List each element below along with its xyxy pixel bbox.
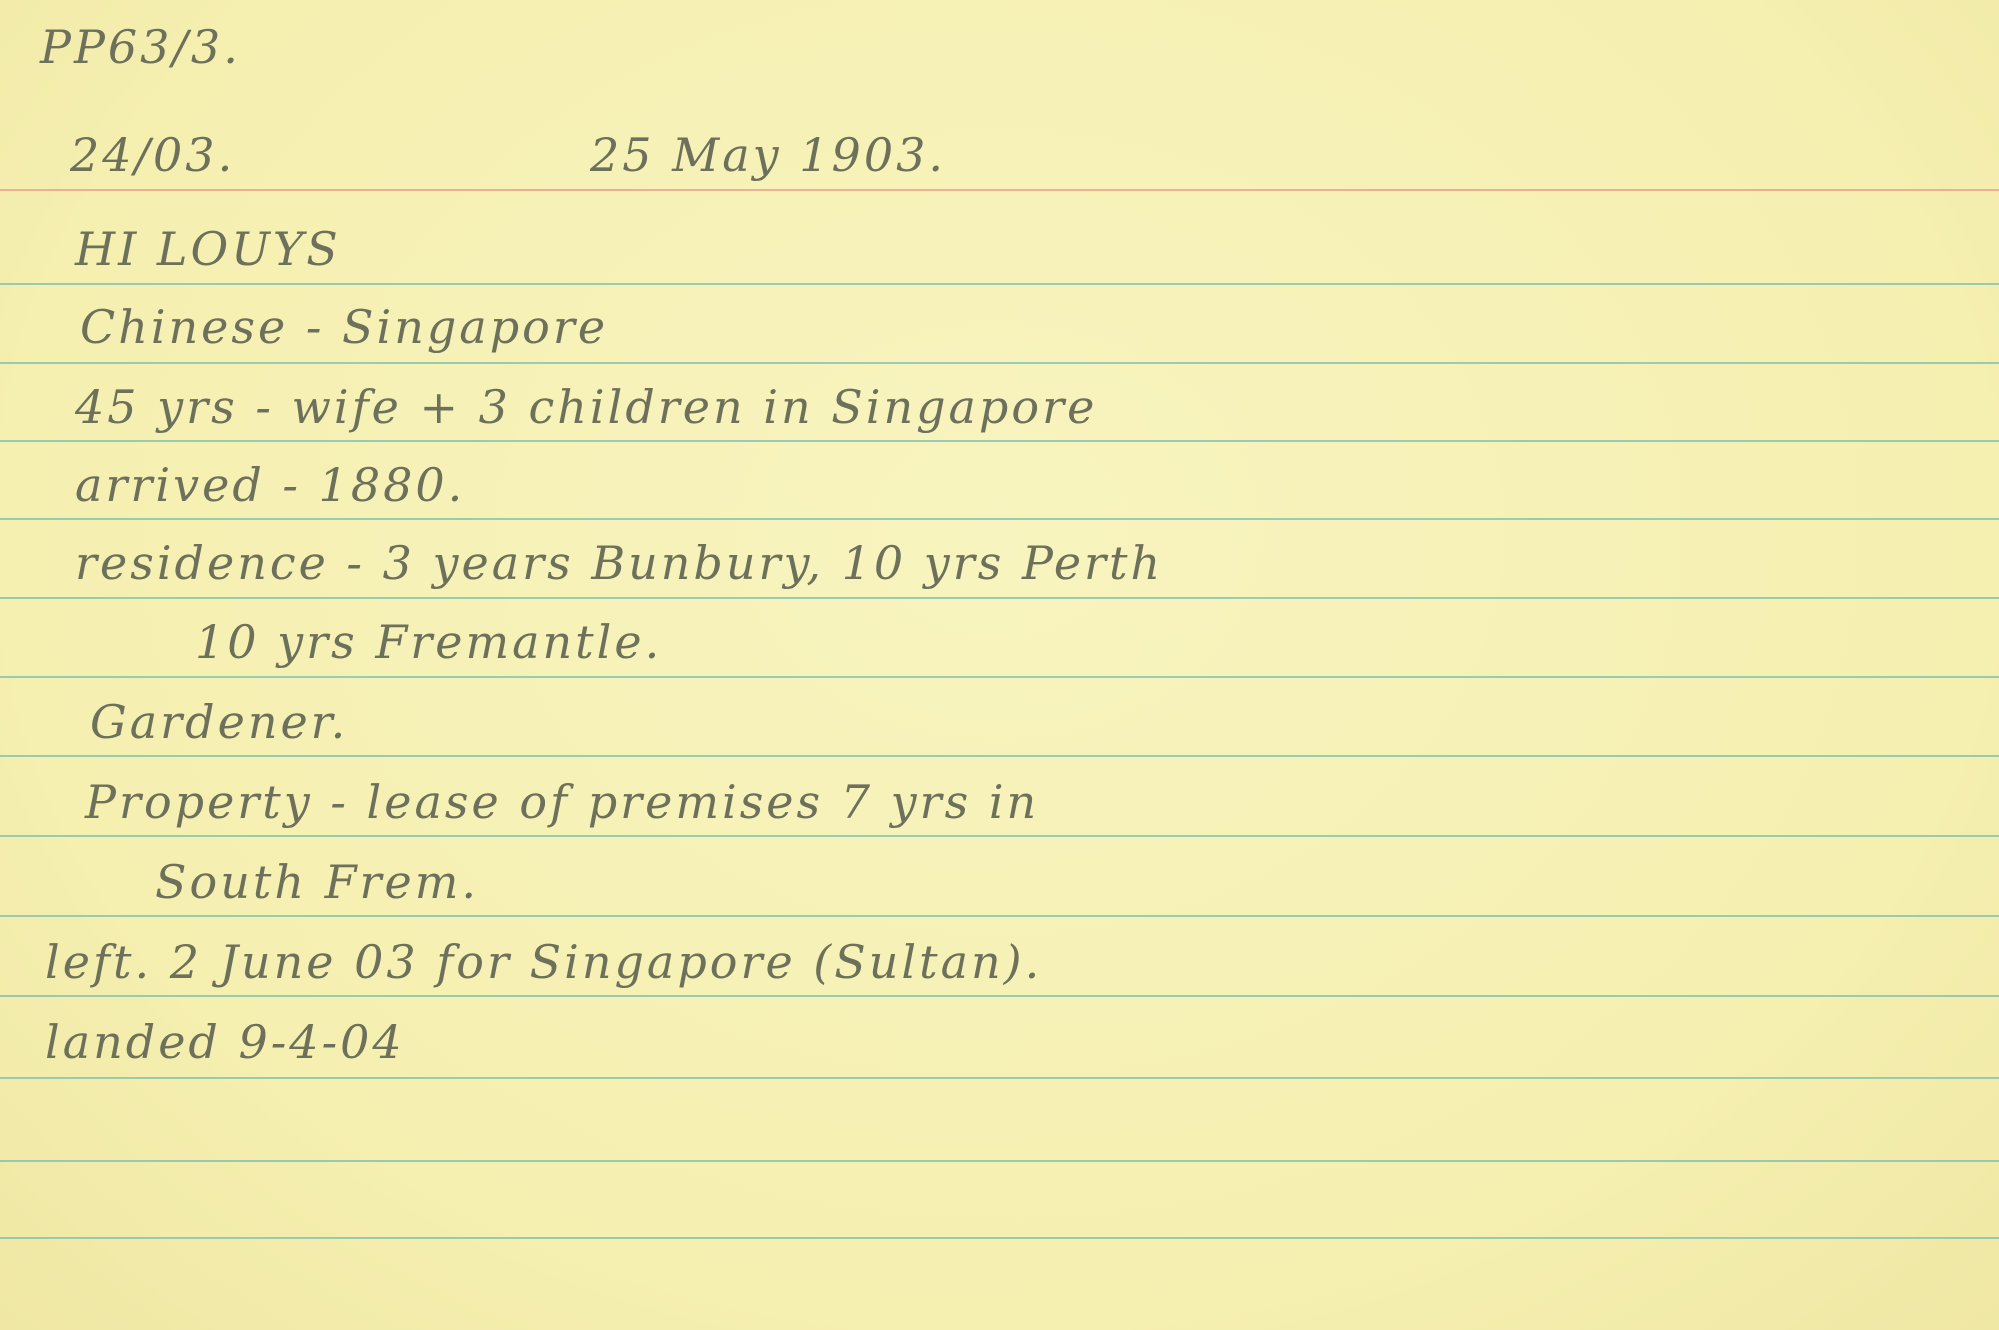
- card-date: 25 May 1903.: [590, 128, 946, 182]
- ruled-line: [0, 676, 1999, 678]
- ruled-line: [0, 440, 1999, 442]
- reference-number: PP63/3.: [40, 20, 241, 74]
- ruled-line: [0, 597, 1999, 599]
- ruled-line: [0, 755, 1999, 757]
- ruled-line: [0, 1160, 1999, 1162]
- residence-line-1: residence - 3 years Bunbury, 10 yrs Pert…: [75, 536, 1163, 590]
- arrived: arrived - 1880.: [75, 458, 465, 512]
- ruled-line: [0, 283, 1999, 285]
- ruled-line: [0, 915, 1999, 917]
- person-name: HI LOUYS: [75, 222, 341, 276]
- property-line-1: Property - lease of premises 7 yrs in: [85, 775, 1039, 829]
- age-family: 45 yrs - wife + 3 children in Singapore: [75, 380, 1097, 434]
- card-number: 24/03.: [70, 128, 235, 182]
- index-card: PP63/3. 24/03. 25 May 1903. HI LOUYS Chi…: [0, 0, 1999, 1330]
- ruled-line: [0, 1237, 1999, 1239]
- occupation: Gardener.: [90, 695, 348, 749]
- ruled-line: [0, 835, 1999, 837]
- ruled-line: [0, 995, 1999, 997]
- ruled-line: [0, 362, 1999, 364]
- header-rule: [0, 189, 1999, 191]
- property-line-2: South Frem.: [155, 855, 479, 909]
- ruled-line: [0, 518, 1999, 520]
- residence-line-2: 10 yrs Fremantle.: [195, 615, 662, 669]
- departure: left. 2 June 03 for Singapore (Sultan).: [45, 935, 1042, 989]
- ruled-line: [0, 1077, 1999, 1079]
- nationality: Chinese - Singapore: [80, 300, 608, 354]
- landed: landed 9-4-04: [45, 1015, 405, 1069]
